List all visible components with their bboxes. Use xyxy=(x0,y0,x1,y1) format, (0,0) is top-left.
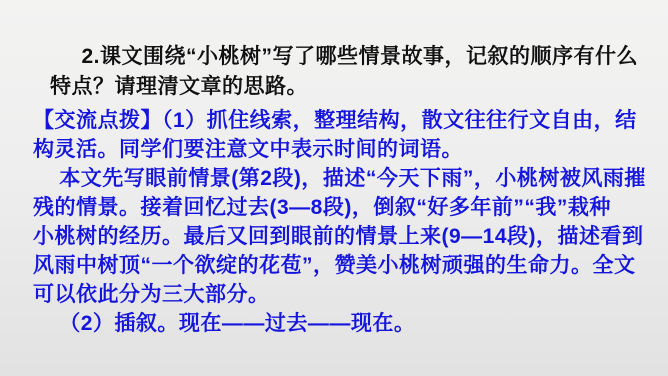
question-title-line-1: 2.课文围绕“小桃树”写了哪些情景故事，记叙的顺序有什么 xyxy=(50,42,640,72)
answer-line-1: 【交流点拨】（1）抓住线索，整理结构，散文往往行文自由，结 xyxy=(33,106,644,135)
answer-line-7: 可以依此分为三大部分。 xyxy=(33,280,644,309)
answer-line-5: 小桃树的经历。最后又回到眼前的情景上来(9—14段)，描述看到 xyxy=(33,222,644,251)
question-title: 2.课文围绕“小桃树”写了哪些情景故事，记叙的顺序有什么 特点？请理清文章的思路… xyxy=(50,42,640,102)
answer-line-2: 构灵活。同学们要注意文中表示时间的词语。 xyxy=(33,135,644,164)
question-title-line-2: 特点？请理清文章的思路。 xyxy=(50,72,640,102)
answer-text: 【交流点拨】（1）抓住线索，整理结构，散文往往行文自由，结 构灵活。同学们要注意… xyxy=(33,106,644,338)
answer-line-6: 风雨中树顶“一个欲绽的花苞”，赞美小桃树顽强的生命力。全文 xyxy=(33,251,644,280)
answer-line-4: 残的情景。接着回忆过去(3—8段)，倒叙“好多年前”“我”栽种 xyxy=(33,193,644,222)
answer-line-8: （2）插叙。现在——过去——现在。 xyxy=(33,309,644,338)
presentation-slide: 2.课文围绕“小桃树”写了哪些情景故事，记叙的顺序有什么 特点？请理清文章的思路… xyxy=(0,0,668,376)
answer-line-3: 本文先写眼前情景(第2段)，描述“今天下雨”，小桃树被风雨摧 xyxy=(33,164,644,193)
